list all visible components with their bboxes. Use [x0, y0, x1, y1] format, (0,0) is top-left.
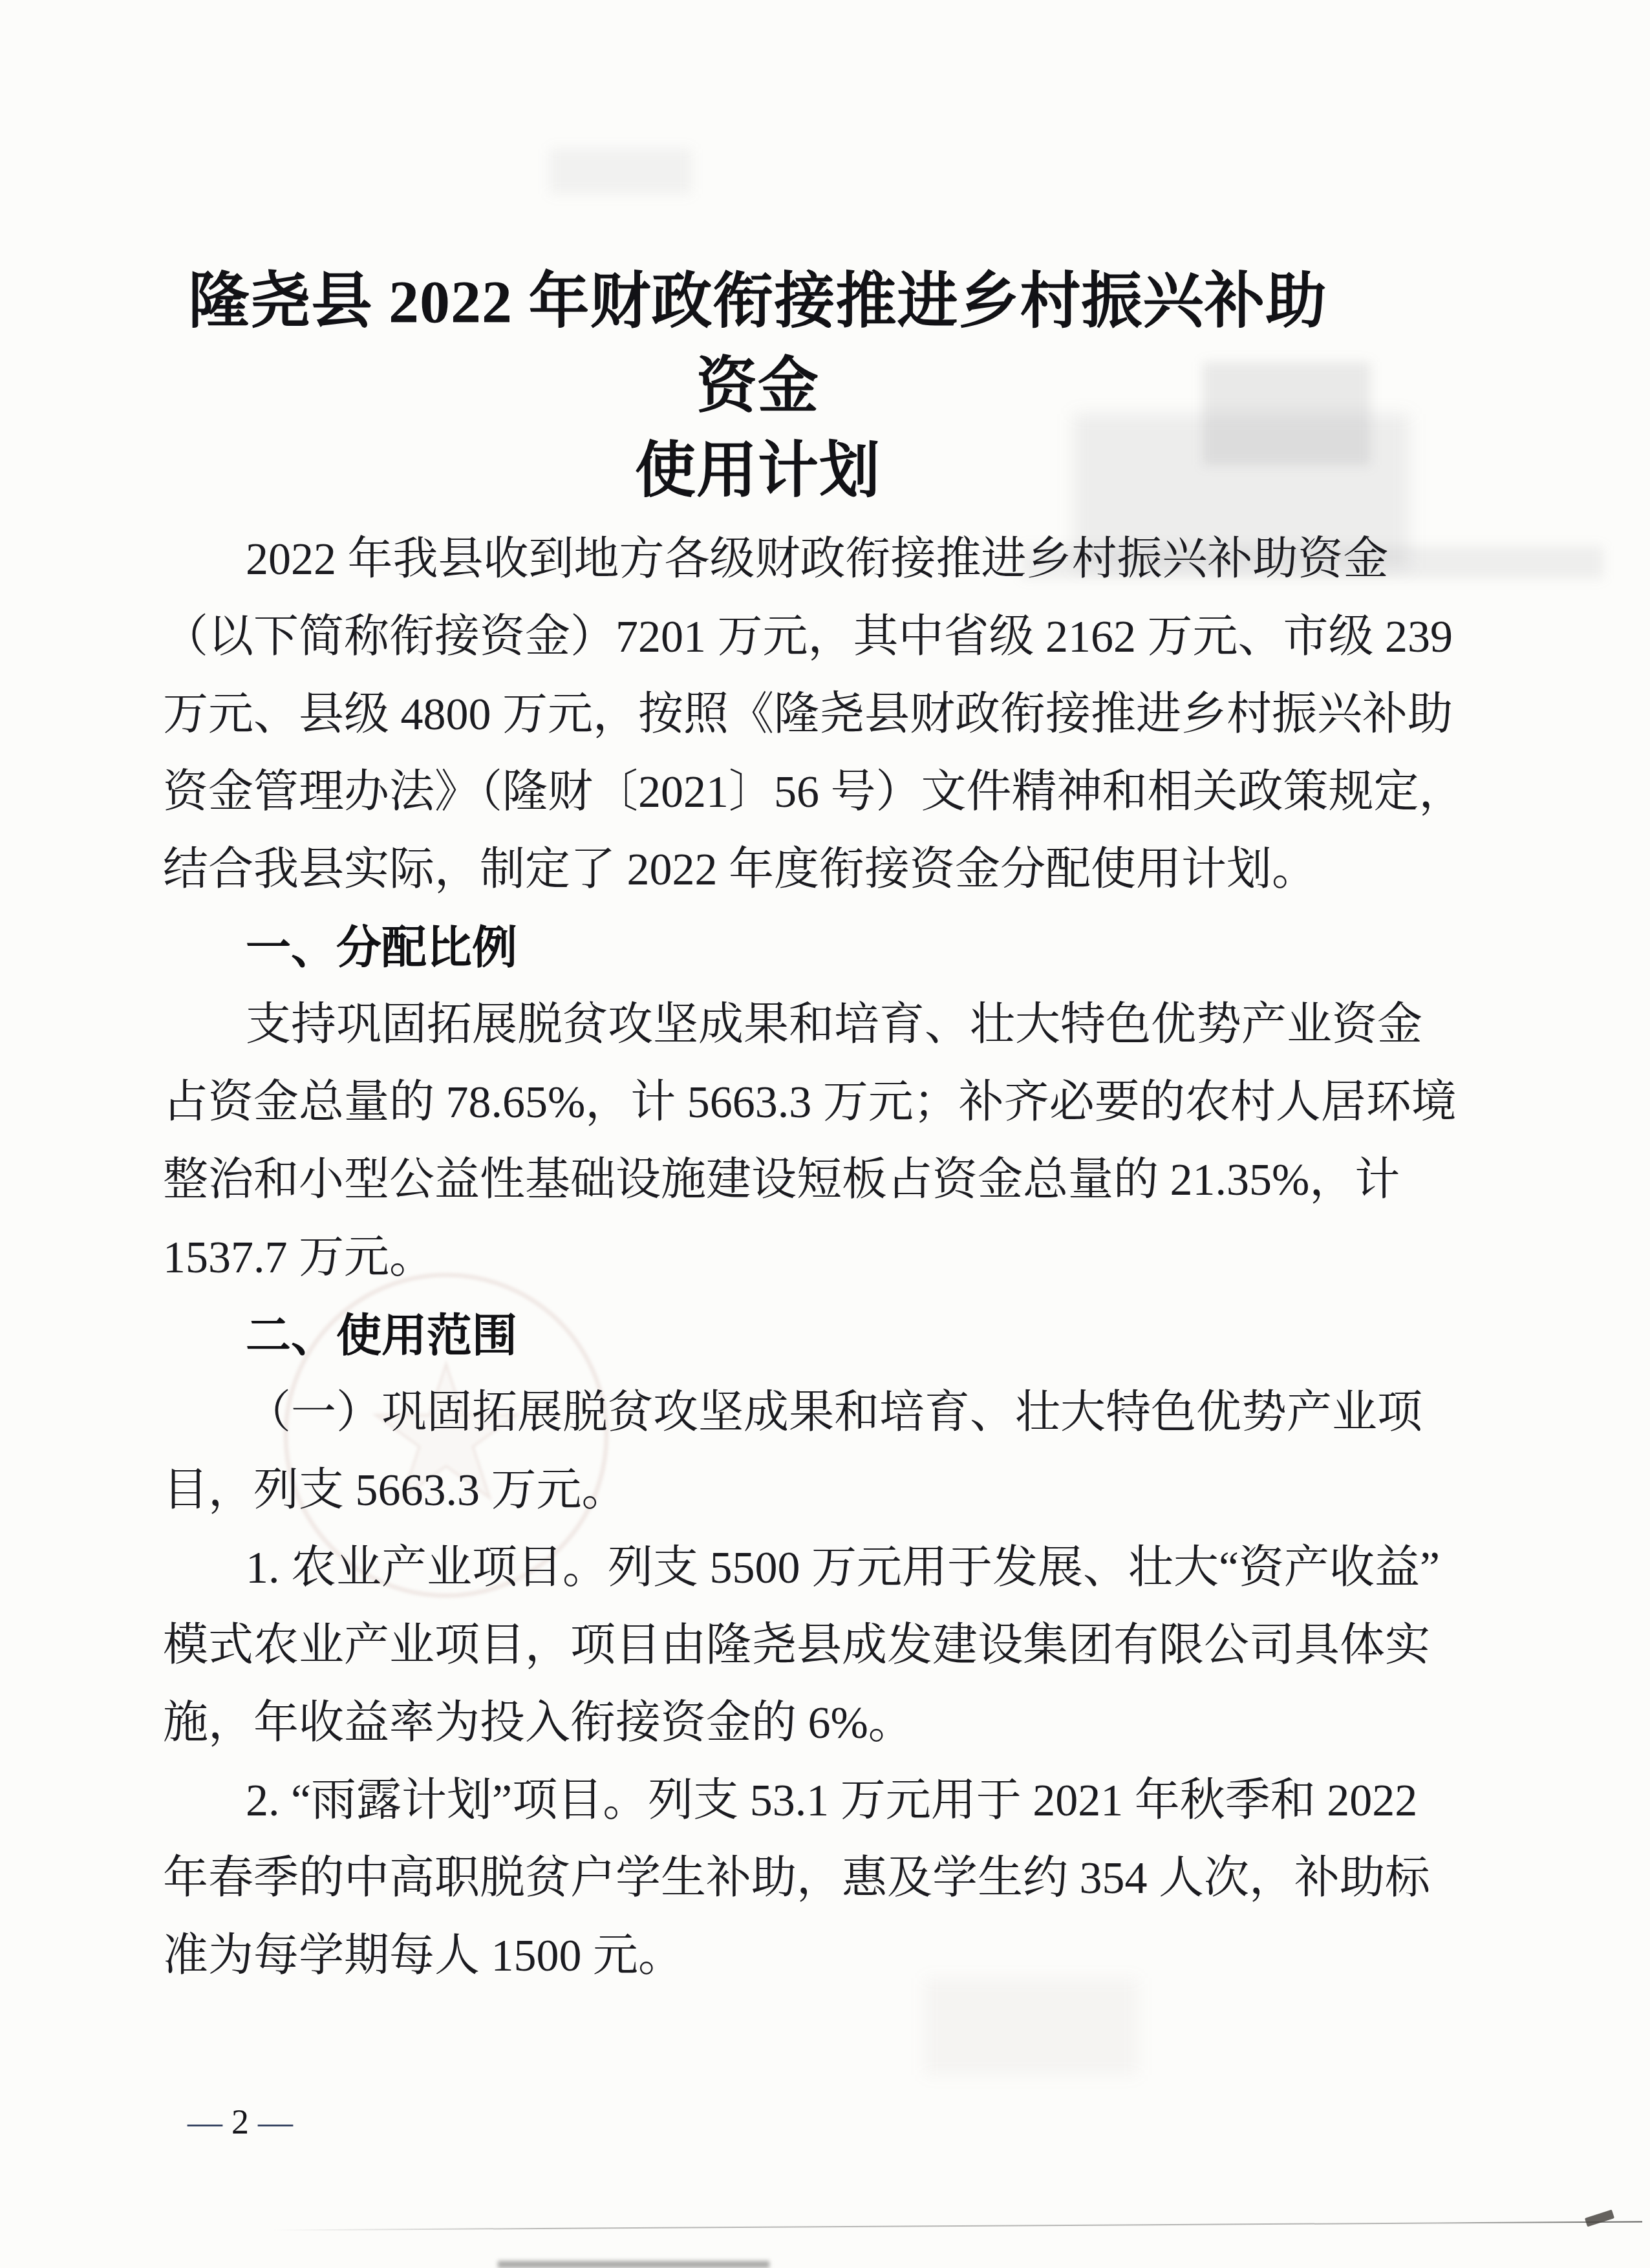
paragraph2-line: 1537.7 万元。 [163, 1219, 1358, 1297]
scan-edge-line [272, 2221, 1642, 2231]
paragraph5-line: 年春季的中高职脱贫户学生补助，惠及学生约 354 人次，补助标 [163, 1840, 1358, 1918]
paragraph1-line: 结合我县实际，制定了 2022 年度衔接资金分配使用计划。 [163, 831, 1358, 909]
page-number-left-dash: — [178, 2102, 231, 2141]
section-heading-2: 二、使用范围 [163, 1297, 1358, 1375]
paragraph5-line: 2. “雨露计划”项目。列支 53.1 万元用于 2021 年秋季和 2022 [163, 1762, 1358, 1840]
title-line-2: 使用计划 [163, 429, 1353, 514]
page-number: —2— [178, 2102, 302, 2141]
scan-corner-mark [1585, 2210, 1614, 2227]
paragraph1-line: 万元、县级 4800 万元，按照《隆尧县财政衔接推进乡村振兴补助 [163, 676, 1358, 754]
paragraph2-line: 占资金总量的 78.65%，计 5663.3 万元；补齐必要的农村人居环境 [163, 1064, 1358, 1142]
document-body: 2022 年我县收到地方各级财政衔接推进乡村振兴补助资金 （以下简称衔接资金）7… [163, 521, 1358, 1995]
paragraph1-line: 资金管理办法》（隆财〔2021〕56 号）文件精神和相关政策规定， [163, 754, 1358, 831]
paragraph3-line: 目，列支 5663.3 万元。 [163, 1452, 1358, 1530]
paragraph2-line: 支持巩固拓展脱贫攻坚成果和培育、壮大特色优势产业资金 [163, 987, 1358, 1064]
section-heading-1: 一、分配比例 [163, 909, 1358, 987]
paragraph1-line: 2022 年我县收到地方各级财政衔接推进乡村振兴补助资金 [163, 521, 1358, 599]
paragraph4-line: 1. 农业产业项目。列支 5500 万元用于发展、壮大“资产收益” [163, 1530, 1358, 1607]
page-number-right-dash: — [249, 2102, 302, 2141]
paragraph4-line: 施，年收益率为投入衔接资金的 6%。 [163, 1685, 1358, 1762]
scanned-document-page: 隆尧县 2022 年财政衔接推进乡村振兴补助资金 使用计划 2022 年我县收到… [0, 0, 1650, 2268]
paragraph2-line: 整治和小型公益性基础设施建设短板占资金总量的 21.35%，计 [163, 1142, 1358, 1219]
scan-bottom-smudge [498, 2261, 769, 2268]
paragraph5-line: 准为每学期每人 1500 元。 [163, 1918, 1358, 1995]
document-title: 隆尧县 2022 年财政衔接推进乡村振兴补助资金 使用计划 [163, 260, 1353, 514]
paragraph1-line: （以下简称衔接资金）7201 万元，其中省级 2162 万元、市级 239 [163, 599, 1358, 676]
paragraph3-line: （一）巩固拓展脱贫攻坚成果和培育、壮大特色优势产业项 [163, 1375, 1358, 1452]
page-number-value: 2 [231, 2102, 249, 2141]
title-line-1: 隆尧县 2022 年财政衔接推进乡村振兴补助资金 [163, 260, 1353, 429]
paragraph4-line: 模式农业产业项目，项目由隆尧县成发建设集团有限公司具体实 [163, 1607, 1358, 1685]
scan-artifact [550, 149, 692, 194]
